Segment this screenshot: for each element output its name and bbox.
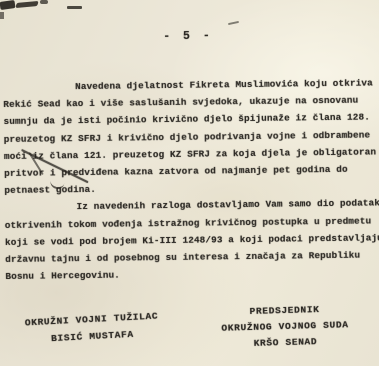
signature-block-prosecutor: OKRUŽNI VOJNI TUŽILAC BISIĆ MUSTAFA [11, 308, 173, 349]
document-line: Bosnu i Hercegovinu. [5, 263, 379, 285]
edge-smudge-artifact [0, 12, 4, 19]
document-body: Navedena djelatnost Fikreta Muslimovića … [3, 74, 379, 285]
small-mark-artifact [228, 21, 239, 25]
corner-dash-artifact [67, 6, 82, 9]
corner-smudge-artifact [15, 1, 38, 8]
scanned-document-page: - 5 - Navedena djelatnost Fikreta Muslim… [0, 0, 379, 366]
corner-smudge-artifact [40, 0, 48, 4]
page-number: - 5 - [138, 29, 238, 44]
corner-smudge-artifact [0, 0, 15, 10]
signature-block-court-president: PREDSJEDNIK OKRUŽNOG VOJNOG SUDA KRŠO SE… [204, 301, 365, 353]
